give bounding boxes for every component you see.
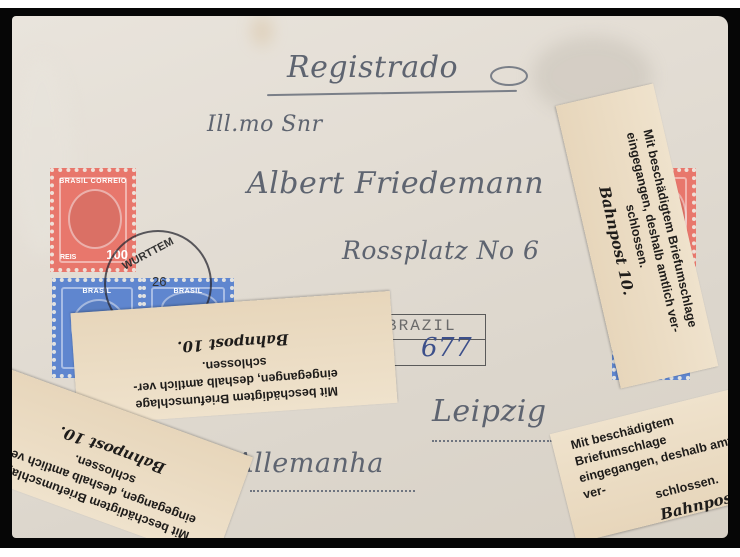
paper-stain [252,16,272,46]
registration-box: BRAZIL 677 [380,314,486,366]
damaged-envelope-label: Mit beschädigtem Briefumschlage eingegan… [550,381,728,538]
city-underline [432,436,552,442]
envelope-photo: Registrado Ill.mo Snr Albert Friedemann … [0,0,740,557]
city-handwriting: Leipzig [432,394,547,429]
salutation-handwriting: Ill.mo Snr [207,112,323,137]
street-handwriting: Rossplatz No 6 [342,236,539,265]
underline [267,90,517,96]
damaged-envelope-label: Mit beschädigtem Briefumschlage eingegan… [70,291,397,425]
country-handwriting: Allemanha [234,448,384,479]
recipient-name-handwriting: Albert Friedemann [247,166,544,201]
flourish [490,66,528,86]
registered-handwriting: Registrado [287,50,458,85]
country-underline [250,486,415,492]
envelope: Registrado Ill.mo Snr Albert Friedemann … [12,16,728,538]
